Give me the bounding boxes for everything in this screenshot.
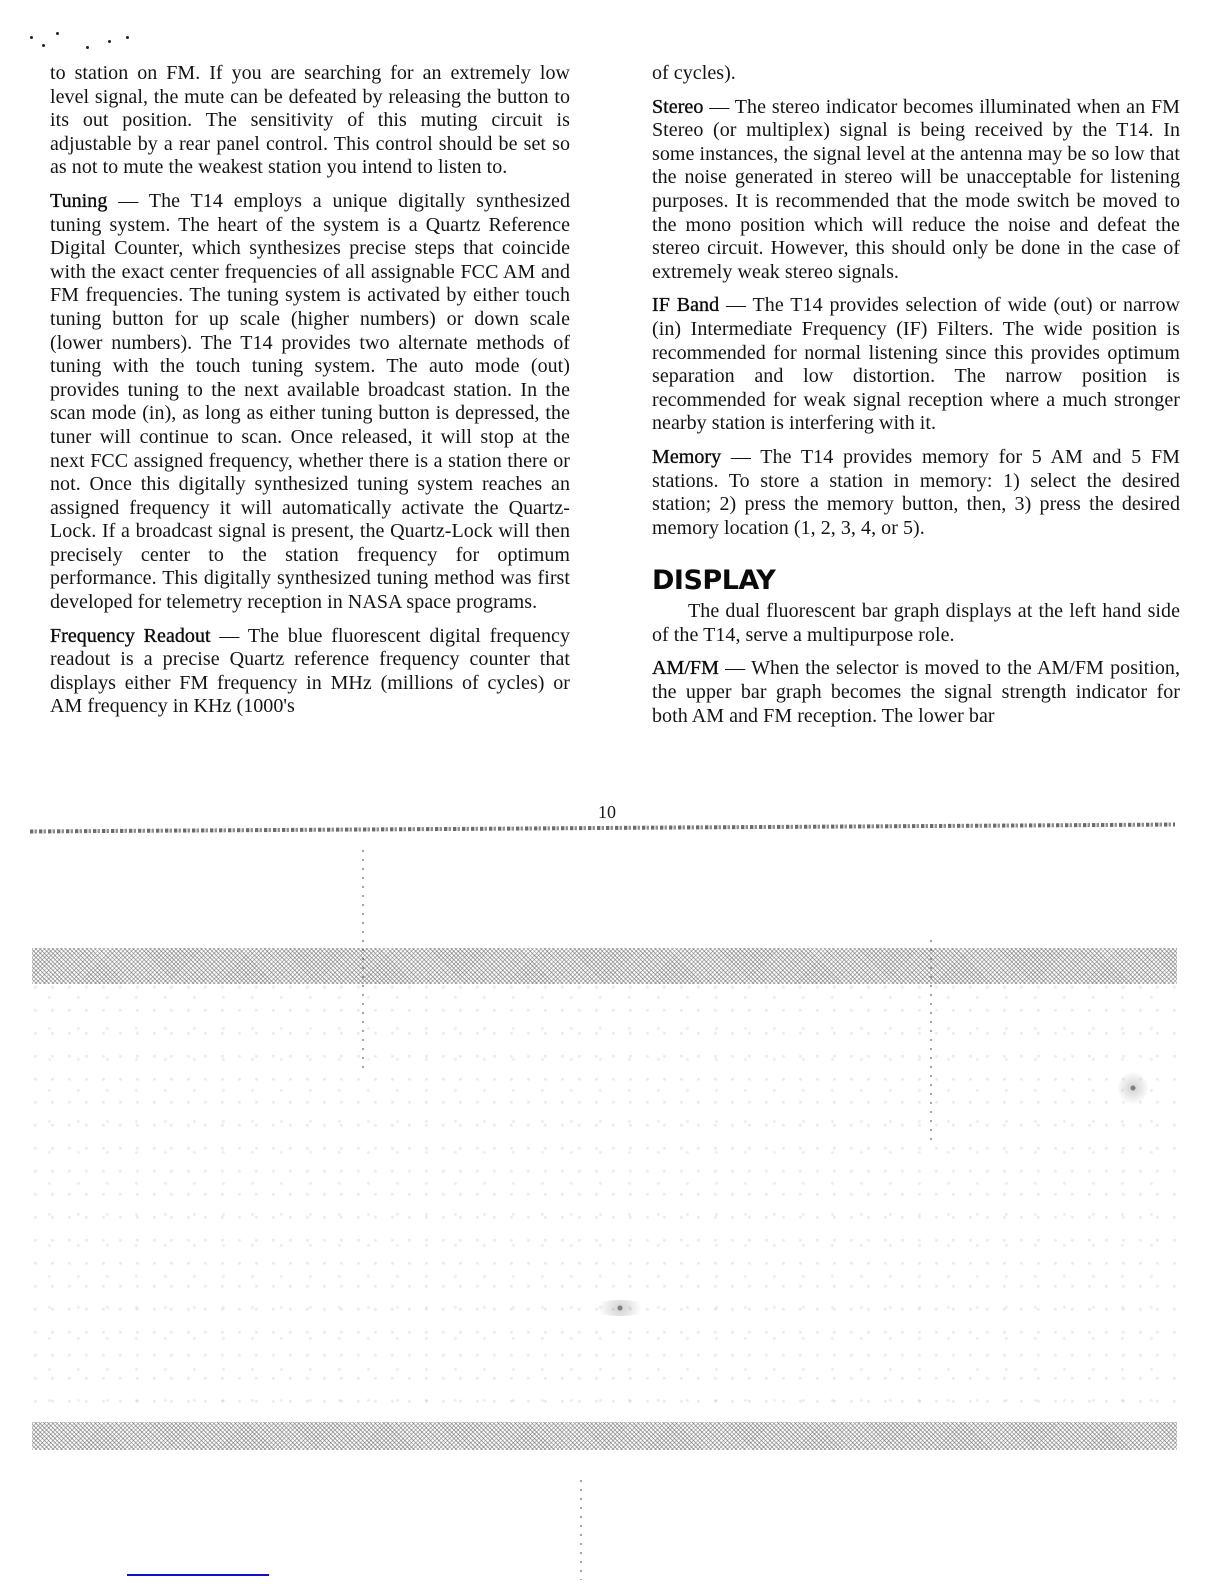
paragraph-tuning: Tuning — The T14 employs a unique digita… (50, 190, 570, 615)
paragraph-if-band: IF Band — The T14 provides selection of … (652, 294, 1180, 436)
paragraph-memory: Memory — The T14 provides memory for 5 A… (652, 446, 1180, 540)
paragraph-stereo: Stereo — The stereo indicator becomes il… (652, 96, 1180, 285)
paragraph-term: Tuning (50, 190, 107, 212)
paragraph-text: — The T14 employs a unique digitally syn… (50, 190, 570, 613)
paragraph-text: to station on FM. If you are searching f… (50, 62, 570, 178)
left-column: to station on FM. If you are searching f… (50, 62, 570, 729)
scan-specks (18, 30, 138, 50)
page-number: 10 (598, 802, 616, 823)
paragraph-text: — The stereo indicator becomes illuminat… (652, 96, 1180, 283)
paragraph-term: AM/FM (652, 657, 719, 679)
scan-artifact-vertical-line (930, 940, 932, 1140)
right-column: of cycles). Stereo — The stereo indicato… (652, 62, 1180, 738)
document-page: to station on FM. If you are searching f… (0, 0, 1224, 1584)
paragraph-cycles-continued: of cycles). (652, 62, 1180, 86)
scan-artifact-band (32, 1422, 1177, 1450)
section-heading-display: DISPLAY (652, 566, 1180, 596)
scan-artifact-vertical-line (362, 850, 364, 1070)
paragraph-am-fm: AM/FM — When the selector is moved to th… (652, 657, 1180, 728)
paragraph-frequency-readout: Frequency Readout — The blue fluorescent… (50, 625, 570, 719)
paragraph-term: IF Band (652, 294, 719, 316)
paragraph-term: Stereo (652, 96, 703, 118)
paragraph-text: — The T14 provides selection of wide (ou… (652, 294, 1180, 434)
blue-line-mark (127, 1574, 269, 1576)
scan-artifact-blob (1118, 1070, 1148, 1106)
paragraph-text: of cycles). (652, 62, 736, 84)
paragraph-mute-continued: to station on FM. If you are searching f… (50, 62, 570, 180)
paragraph-term: Frequency Readout (50, 625, 211, 647)
paragraph-display-intro: The dual fluorescent bar graph displays … (652, 600, 1180, 647)
paragraph-term: Memory (652, 446, 721, 468)
scan-artifact-vertical-line (580, 1480, 582, 1580)
scan-artifact-rule (30, 823, 1175, 834)
scan-artifact-band (32, 948, 1177, 984)
scan-artifact-blob (590, 1300, 650, 1316)
paragraph-text: — When the selector is moved to the AM/F… (652, 657, 1180, 726)
paragraph-text: — The T14 provides memory for 5 AM and 5… (652, 446, 1180, 539)
scan-artifact-speckles (32, 985, 1177, 1415)
